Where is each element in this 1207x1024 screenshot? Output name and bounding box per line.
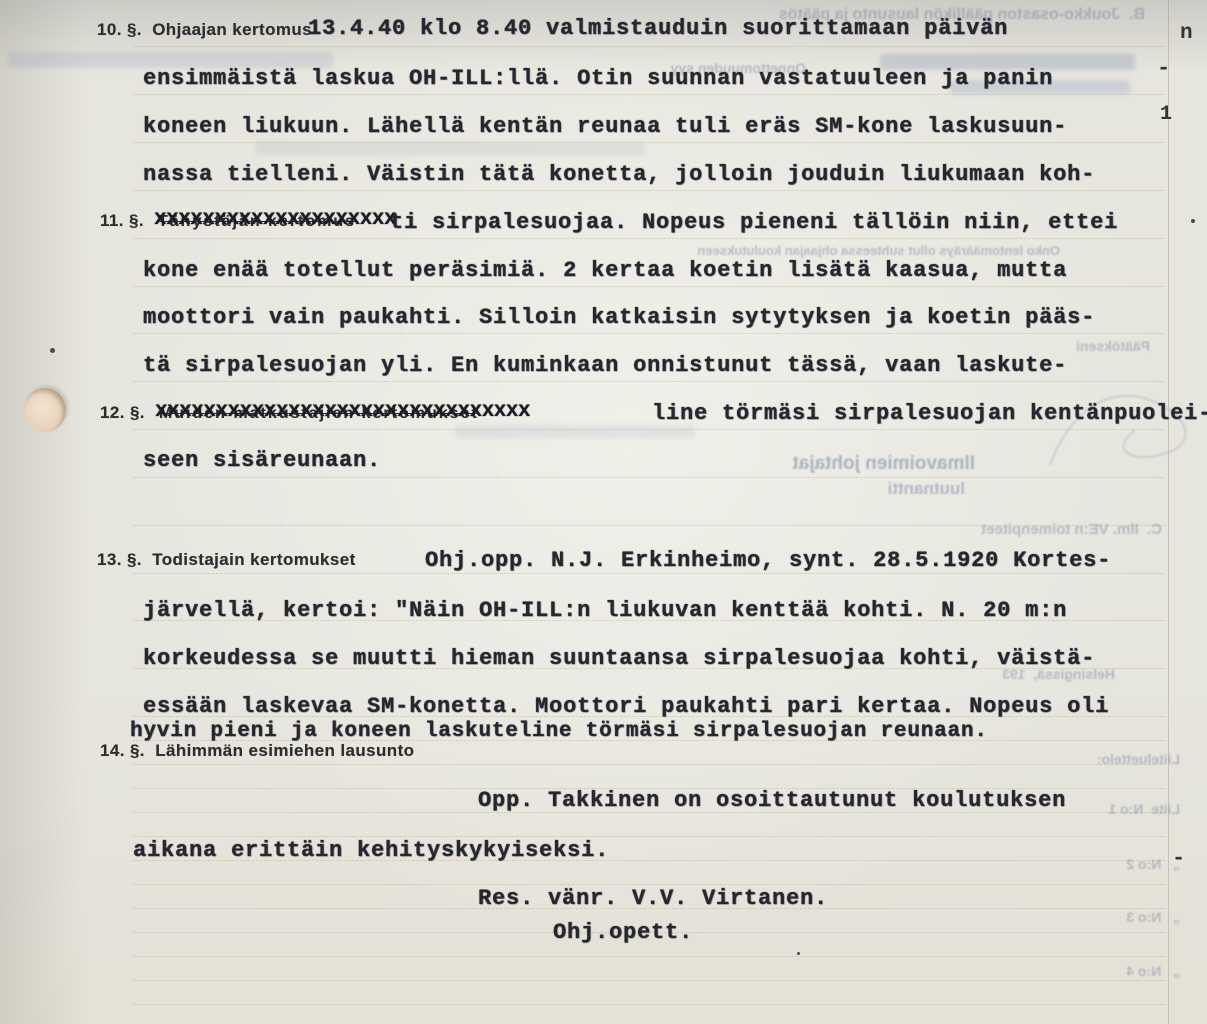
section-13-label: 13. §. Todistajain kertomukset <box>97 550 356 570</box>
section-number: 12. §. <box>100 403 145 422</box>
ink-dot <box>797 952 800 955</box>
bleedthrough-text: Päätökseni <box>1020 338 1150 354</box>
typed-line: Opp. Takkinen on osoittautunut koulutuks… <box>478 788 1066 813</box>
section-title: Ohjaajan kertomus <box>152 20 312 39</box>
section-11-label: 11. §.Tähystäjän kertomusxxxxxxxxxxxxxxx… <box>100 211 356 231</box>
section-10-label: 10. §. Ohjaajan kertomus <box>97 20 312 40</box>
overtype-strikeout: xxxxxxxxxxxxxxxxxxxx <box>154 208 396 231</box>
typed-line: seen sisäreunaan. <box>143 448 381 473</box>
margin-mark: 1 <box>1160 103 1172 126</box>
bleedthrough-text: C. Ilm. VE:n toimenpiteet <box>850 521 1162 538</box>
crossed-out-label: Muiden matkustajien kertomuksetxxxxxxxxx… <box>159 403 479 423</box>
typed-line: Ohj.opett. <box>553 920 693 945</box>
handwriting-scribble <box>1040 370 1207 490</box>
typed-line: korkeudessa se muutti hieman suuntaansa … <box>143 646 1095 671</box>
form-rule-line <box>133 573 1165 574</box>
form-rule-line <box>133 477 1165 478</box>
typed-line: ensimmäistä laskua OH-ILL:llä. Otin suun… <box>143 66 1053 91</box>
overtype-strikeout: xxxxxxxxxxxxxxxxxxxxxxxxxxxxxxx <box>155 400 530 423</box>
form-rule-line <box>133 190 1165 191</box>
form-rule-line <box>133 956 1165 957</box>
bleedthrough-text: Onko lentomääräys ollut suhteessa ohjaaj… <box>610 243 1060 258</box>
bleedthrough-smudge <box>255 142 645 155</box>
typed-line: Ohj.opp. N.J. Erkinheimo, synt. 28.5.192… <box>425 548 1111 573</box>
typed-line: kone enää totellut peräsimiä. 2 kertaa k… <box>143 258 1067 283</box>
form-rule-line <box>133 764 1165 765</box>
punch-hole <box>24 388 66 432</box>
typed-line: line törmäsi sirpalesuojan kentänpuolei- <box>652 401 1207 426</box>
bleedthrough-text: „ N:o 2 <box>1035 856 1180 872</box>
form-rule-line <box>133 1004 1165 1005</box>
section-number: 13. §. <box>97 550 142 569</box>
bleedthrough-smudge <box>455 425 695 438</box>
typed-line: moottori vain paukahti. Silloin katkaisi… <box>143 305 1095 330</box>
form-rule-line <box>133 836 1165 837</box>
section-title: Todistajain kertomukset <box>152 550 356 569</box>
typed-line: 13.4.40 klo 8.40 valmistauduin suorittam… <box>308 16 1008 41</box>
section-14-label: 14. §. Lähimmän esimiehen lausunto <box>100 741 414 761</box>
form-rule-line <box>133 286 1165 287</box>
margin-mark: n <box>1180 22 1193 45</box>
typed-line: tä sirpalesuojan yli. En kuminkaan onnis… <box>143 353 1067 378</box>
bleedthrough-text: „ N:o 3 <box>1035 909 1180 925</box>
form-rule-line <box>133 381 1165 382</box>
typed-line: nassa tielleni. Väistin tätä konetta, jo… <box>143 162 1095 187</box>
typed-line: koneen liukuun. Lähellä kentän reunaa tu… <box>143 114 1067 139</box>
section-number: 10. §. <box>97 20 142 39</box>
typed-line: ti sirpalesuojaa. Nopeus pieneni tällöin… <box>390 210 1118 235</box>
bleedthrough-text: Liiteluettelo: <box>1040 751 1180 767</box>
ink-dot <box>50 348 55 353</box>
form-rule-line <box>133 884 1165 885</box>
typed-line: järvellä, kertoi: "Näin OH-ILL:n liukuva… <box>143 598 1067 623</box>
form-rule-line <box>133 46 1165 47</box>
section-number: 14. §. <box>100 741 145 760</box>
margin-mark: - <box>1157 56 1170 81</box>
bleedthrough-text: luutnantti <box>665 479 965 499</box>
section-12-label: 12. §.Muiden matkustajien kertomuksetxxx… <box>100 403 479 423</box>
typed-line: essään laskevaa SM-konetta. Moottori pau… <box>143 694 1109 719</box>
typed-line: aikana erittäin kehityskykyiseksi. <box>133 838 609 863</box>
bleedthrough-text: Ilmavoimien johtajat <box>645 453 975 475</box>
typed-line: hyvin pieni ja koneen laskuteline törmäs… <box>130 720 988 743</box>
form-rule-line <box>133 980 1165 981</box>
form-rule-line <box>133 94 1165 95</box>
scanned-document-page: B. Joukko-osaston päällikön lausunto ja … <box>0 0 1207 1024</box>
typed-line: Res. vänr. V.V. Virtanen. <box>478 886 828 911</box>
form-rule-line <box>133 333 1165 334</box>
margin-mark: - <box>1172 846 1185 871</box>
crossed-out-label: Tähystäjän kertomusxxxxxxxxxxxxxxxxxxxx <box>158 211 356 231</box>
form-rule-line <box>133 238 1165 239</box>
section-title: Lähimmän esimiehen lausunto <box>155 741 414 760</box>
section-number: 11. §. <box>100 211 144 230</box>
ink-dot <box>1191 219 1195 223</box>
bleedthrough-text: „ N:o 4 <box>1035 963 1180 979</box>
